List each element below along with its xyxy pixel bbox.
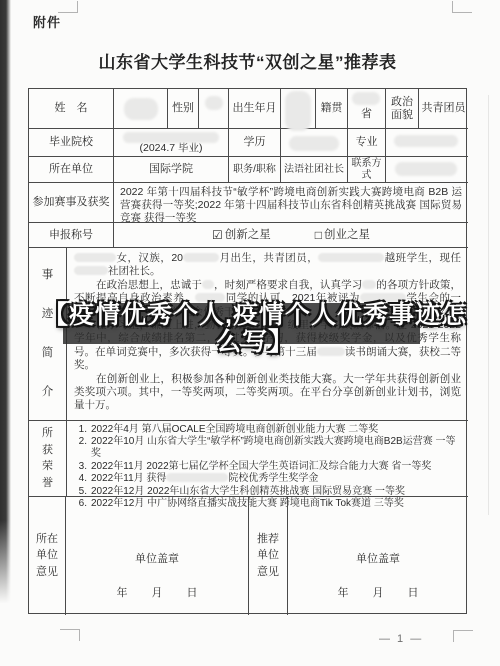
politics-label: 政治面貌	[386, 89, 419, 129]
honors-label: 所获荣誉	[29, 421, 67, 497]
redacted-blur	[124, 98, 158, 120]
redacted-blur	[318, 253, 384, 262]
redacted-blur	[289, 136, 339, 151]
redacted-blur	[123, 132, 219, 143]
name-value-cell	[114, 89, 168, 129]
watermark-line-1: 【疫情优秀个人,疫情个人优秀事迹怎	[55, 302, 455, 329]
redacted-blur	[183, 253, 219, 262]
honor-item: 3.2022年11月 2022第七届亿学杯全国大学生英语词汇及综合能力大赛 省一…	[72, 461, 463, 473]
redacted-blur	[74, 266, 108, 275]
major-value-cell	[386, 129, 468, 157]
recommender-stamp-date: 年月日	[288, 587, 468, 600]
native-place-value-cell: 省	[348, 89, 386, 129]
scanned-document-page: 附件 山东省大学生科技节“双创之星”推荐表 姓 名 性别 出生年月 籍贯 省 政…	[0, 0, 500, 666]
contact-label: 联系方式	[348, 157, 386, 183]
watermark-line-2: 么写】	[55, 329, 455, 356]
redacted-blur	[352, 92, 380, 105]
claim-options-cell: ☑创新之星□创业之星	[114, 223, 468, 248]
redacted-blur	[394, 135, 458, 147]
name-label: 姓 名	[29, 89, 114, 129]
unit-label: 所在单位	[29, 157, 114, 183]
redacted-blur	[395, 162, 457, 176]
redacted-blur	[166, 473, 228, 482]
page-number: — 1 —	[379, 633, 423, 645]
page-right-edge-line	[488, 95, 489, 515]
crop-mark-bottom-left	[60, 629, 80, 641]
page-edge-shadow-fade	[0, 520, 13, 615]
redacted-blur	[205, 96, 223, 110]
honors-content: 1.2022年4月 第八届OCALE全国跨境电商创新创业能力大赛 二等奖2.20…	[67, 421, 468, 497]
checkbox-unchecked-option: □创业之星	[315, 229, 370, 242]
gender-value-cell	[199, 89, 229, 129]
post-label: 职务/职称	[229, 157, 281, 183]
school-value-cell: (2024.7 毕业)	[114, 129, 229, 157]
attachment-label: 附件	[33, 12, 61, 31]
honor-item: 1.2022年4月 第八届OCALE全国跨境电商创新创业能力大赛 二等奖	[72, 424, 463, 436]
politics-value: 共青团员	[419, 89, 468, 129]
unit-value: 国际学院	[114, 157, 229, 183]
unit-opinion-label: 所在单位意见	[29, 497, 66, 615]
honor-item: 4.2022年11月 获得院校优秀学生奖学金	[72, 473, 463, 485]
honor-item: 5.2022年12月 2022年山东省大学生科创精英挑战赛 国际贸易竞赛 一等奖	[72, 486, 463, 498]
row-unit: 所在单位 国际学院 职务/职称 法语社团社长 联系方式	[29, 157, 466, 183]
row-basic-info: 姓 名 性别 出生年月 籍贯 省 政治面貌 共青团员	[29, 89, 466, 129]
checkbox-checked-icon: ☑	[212, 229, 223, 242]
school-label: 毕业院校	[29, 129, 114, 157]
major-label: 专业	[348, 129, 386, 157]
degree-label: 学历	[229, 129, 281, 157]
unit-stamp-date: 年月日	[66, 587, 248, 600]
recommender-stamp-label: 单位盖章	[288, 553, 468, 566]
gender-label: 性别	[168, 89, 199, 129]
birth-label: 出生年月	[229, 89, 281, 129]
degree-value-cell	[281, 129, 348, 157]
crop-mark-bottom-right	[453, 630, 473, 642]
redacted-blur	[74, 253, 116, 262]
honor-item: 2.2022年10月 山东省大学生“敏学杯”跨境电商创新实践大赛跨境电商B2B运…	[72, 436, 463, 460]
competitions-label: 参加赛事及获奖	[29, 183, 114, 223]
page-title: 山东省大学生科技节“双创之星”推荐表	[28, 48, 467, 73]
competitions-value: 2022 年第十四届科技节“敏学杯”跨境电商创新实践大赛跨境电商 B2B 运营赛…	[116, 184, 466, 227]
deeds-paragraph: 女，汉族，20月出生，共青团员，越班学生，现任社团社长。	[74, 252, 461, 279]
unit-stamp-label: 单位盖章	[66, 553, 248, 566]
row-opinions: 所在单位意见 单位盖章 年月日 推荐单位意见 单位盖章 年月日	[29, 497, 466, 615]
row-honors: 所获荣誉 1.2022年4月 第八届OCALE全国跨境电商创新创业能力大赛 二等…	[29, 421, 466, 497]
birth-value-cell	[281, 89, 316, 129]
redacted-blur	[202, 280, 214, 289]
unit-opinion-stamp-cell: 单位盖章 年月日	[66, 497, 249, 615]
contact-value-cell	[386, 157, 468, 183]
claim-label: 申报称号	[29, 223, 114, 248]
native-place-value: 省	[361, 108, 372, 121]
crop-mark-top-right	[452, 1, 472, 13]
redacted-blur	[362, 280, 376, 289]
deeds-paragraph: 在创新创业上，积极参加各种创新创业类技能大赛。大一学年共获得创新创业类奖项六项。…	[74, 373, 461, 413]
recommender-opinion-label: 推荐单位意见	[249, 497, 288, 615]
checkbox-unchecked-icon: □	[315, 229, 322, 242]
post-value: 法语社团社长	[281, 157, 348, 183]
redacted-blur	[285, 91, 311, 131]
watermark-overlay-text: 【疫情优秀个人,疫情个人优秀事迹怎 么写】	[55, 302, 455, 356]
row-claimed-title: 申报称号 ☑创新之星□创业之星	[29, 223, 466, 248]
recommender-opinion-stamp-cell: 单位盖章 年月日	[288, 497, 468, 615]
row-education: 毕业院校 (2024.7 毕业) 学历 专业	[29, 129, 466, 157]
row-competitions: 参加赛事及获奖 2022 年第十四届科技节“敏学杯”跨境电商创新实践大赛跨境电商…	[29, 183, 466, 223]
competitions-value-cell: 2022 年第十四届科技节“敏学杯”跨境电商创新实践大赛跨境电商 B2B 运营赛…	[114, 183, 468, 223]
native-place-label: 籍贯	[316, 89, 348, 129]
checkbox-checked-option: ☑创新之星	[212, 229, 271, 242]
school-note: (2024.7 毕业)	[139, 142, 202, 155]
